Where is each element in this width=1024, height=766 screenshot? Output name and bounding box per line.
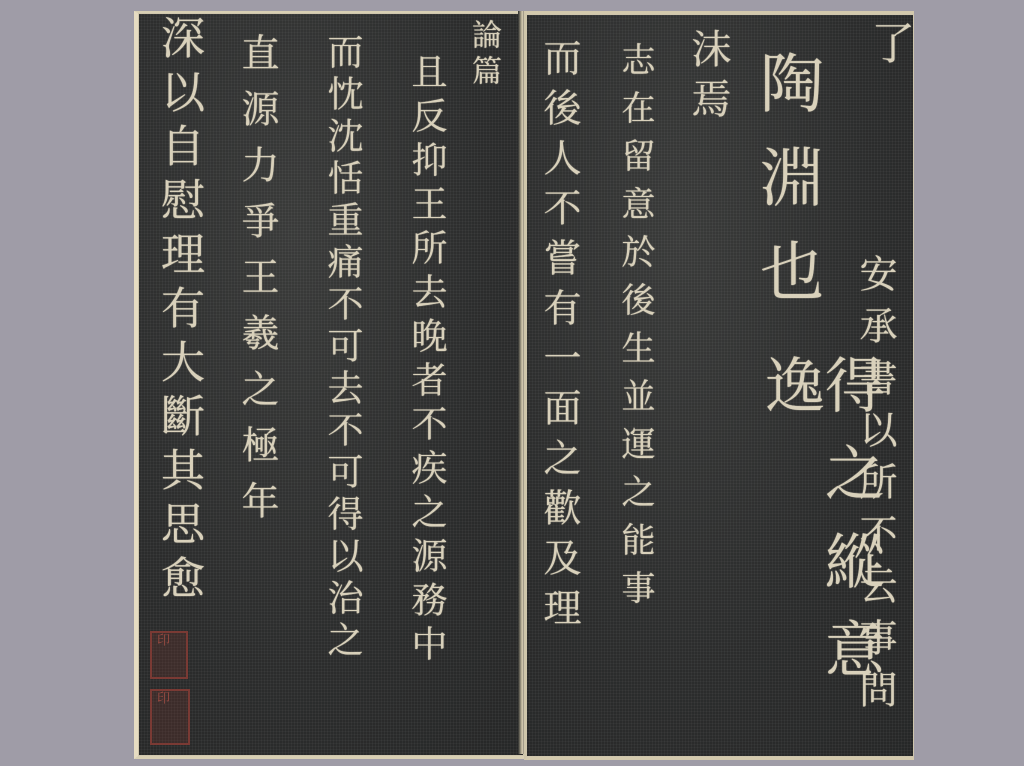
seal-upper: 印 [150, 631, 188, 679]
left-col-2: 且反抑王所去晚者不疾之源務中 [408, 53, 444, 669]
right-col-5: 沫焉 [688, 28, 728, 128]
right-col-4: 得之縱意逸 [760, 354, 880, 757]
right-col-7: 而後人不嘗有一面之歡及理 [540, 38, 578, 638]
right-col-6: 志在留意於後生並運之能事 [618, 42, 652, 618]
left-col-4: 直源力爭王羲之極年 [238, 33, 276, 537]
left-page: 論篇 且反抑王所去晚者不疾之源務中 而忱沈恬重痛不可去不可得以治之 直源力爭王羲… [134, 11, 524, 759]
seal-lower: 印 [150, 689, 190, 745]
right-col-1: 了 [866, 20, 910, 70]
left-col-1: 論篇 [468, 19, 498, 91]
right-page: 了 陶淵也 安承書以所不云事問 得之縱意逸 沫焉 志在留意於後生並運之能事 而後… [524, 11, 914, 760]
calligraphy-album: 論篇 且反抑王所去晚者不疾之源務中 而忱沈恬重痛不可去不可得以治之 直源力爭王羲… [134, 11, 914, 754]
left-col-5: 深以自慰理有大斷其思愈 [156, 15, 200, 609]
left-col-3: 而忱沈恬重痛不可去不可得以治之 [324, 33, 360, 663]
right-col-2: 陶淵也 [754, 50, 818, 332]
